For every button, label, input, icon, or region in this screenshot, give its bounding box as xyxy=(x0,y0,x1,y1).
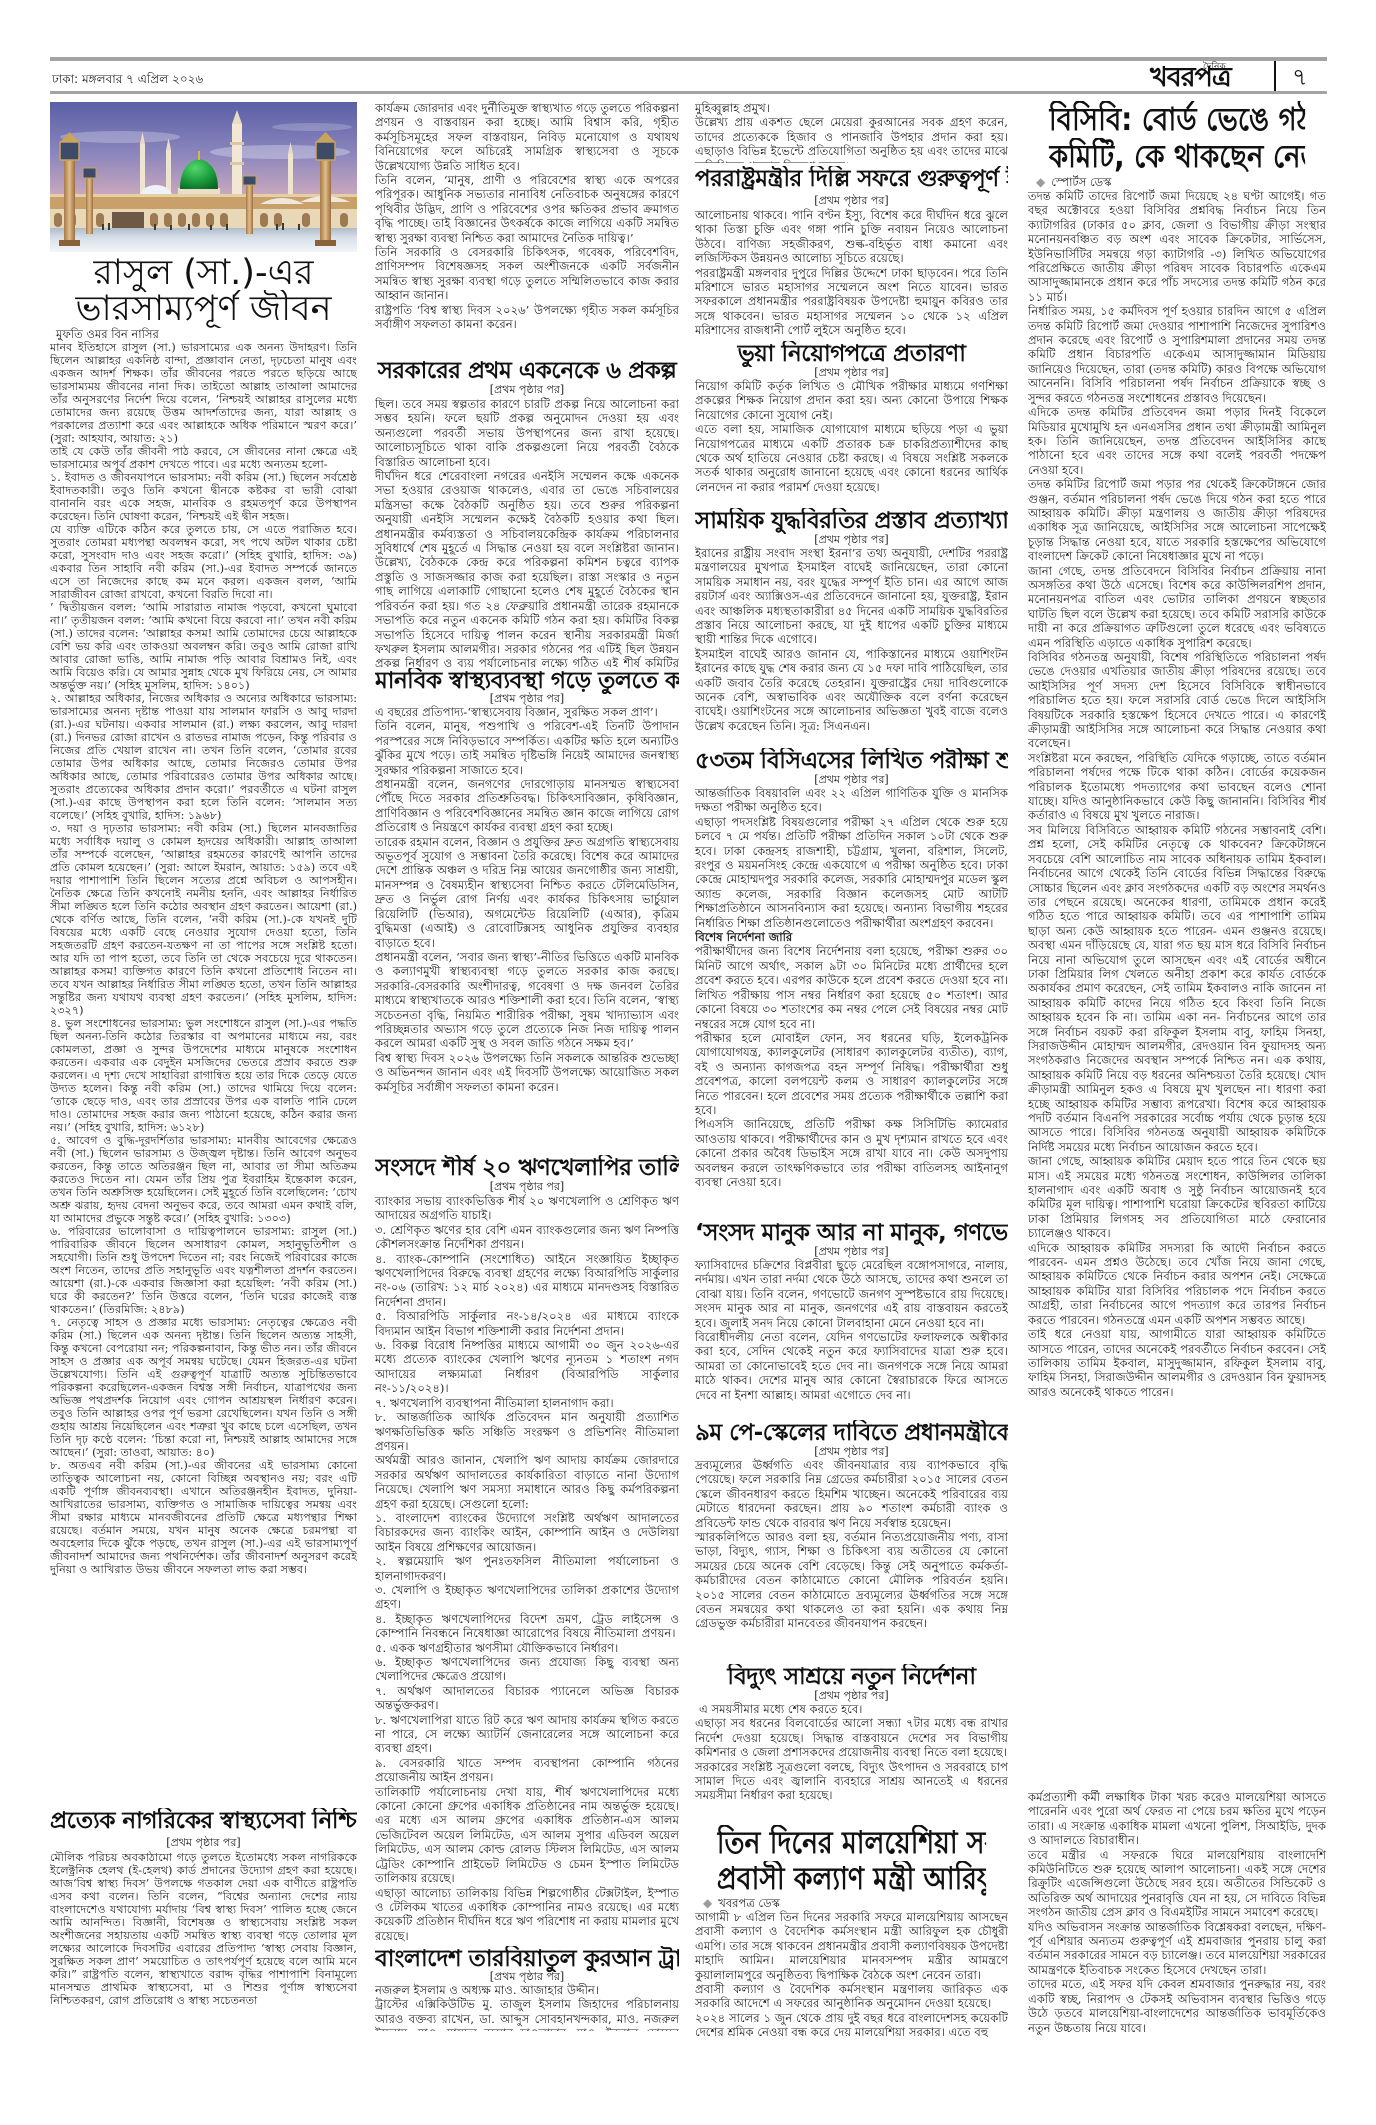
article-body: ব্যাংকার সভায় ব্যাংকভিত্তিক শীর্ষ ২০ ঋণ… xyxy=(375,1194,679,1944)
headline: বাংলাদেশ তারবিয়াতুল কুরআন ট্রাস্টের xyxy=(375,1946,679,1972)
column-1: রাসুল (সা.)-এর ভারসাম্যপূর্ণ জীবন মুফতি … xyxy=(50,0,357,2125)
paragraph: ফ্যাসিবাদের চক্রিশের বিপ্লবীরা ছুড়ে মের… xyxy=(695,1258,1008,1330)
continued-label: [প্রথম পৃষ্ঠার পর] xyxy=(375,1180,679,1193)
paragraph: তদন্ত কমিটির রিপোর্ট জমা পড়ার পর থেকেই … xyxy=(1028,477,1326,563)
paragraph: তাদের মতে, এই সফর যদি কেবল শ্রমবাজার পুন… xyxy=(1028,1977,1326,2035)
paragraph: অর্থমন্ত্রী আরও জানান, খেলাপি ঋণ আদায় ক… xyxy=(375,1453,679,1511)
headline: ৯ম পে-স্কেলের দাবিতে প্রধানমন্ত্রীকে xyxy=(695,1420,1008,1446)
list-item: ২. স্বল্পমেয়াদি ঋণ পুনঃতফসিল নীতিমালা প… xyxy=(375,1554,679,1583)
paragraph: যদিও অভিবাসন সংক্রান্ত আন্তর্জাতিক বিশ্ল… xyxy=(1028,1920,1326,1978)
list-item: ৬. ইচ্ছাকৃত ঋণখেলাপিদের জন্য প্রযোজ্য কি… xyxy=(375,1655,679,1684)
paragraph: ব্যাংকার সভায় ব্যাংকভিত্তিক শীর্ষ ২০ ঋণ… xyxy=(375,1194,679,1223)
section-subheading: বিশেষ নির্দেশনা জারি xyxy=(695,930,1008,944)
paragraph: সংশ্লিষ্টরা মনে করছেন, পরিস্থিতি যেদিকে … xyxy=(1028,751,1326,823)
paragraph: প্রধানমন্ত্রী বলেন, ‘সবার জন্য স্বাস্থ্য… xyxy=(375,950,679,1051)
paragraph: আগামী ৮ এপ্রিল তিন দিনের সরকারি সফরে মাল… xyxy=(695,1910,1008,1982)
headline: ভারসাম্যপূর্ণ জীবন xyxy=(50,290,357,328)
headline: তিন দিনের মালয়েশিয়া সফরে যাচ্ছেন xyxy=(717,1825,986,1862)
article-body: ছিল। তবে সময় স্বল্পতার কারণে চারটি প্রক… xyxy=(375,397,679,667)
paragraph: উল্লেখ্য প্রায় একশত ছেলে মেয়েরা কুরআনে… xyxy=(695,115,1008,163)
paragraph: ১. ইবাদত ও জীবনযাপনে ভারসাম্য: নবী করিম … xyxy=(50,471,357,523)
paragraph: নির্ধারিত সময়, ১৫ কর্মদিবস পূর্ণ হওয়ার… xyxy=(1028,304,1326,405)
article-body: দ্রব্যমূল্যের ঊর্ধ্বগতি এবং জীবনযাত্রার … xyxy=(695,1458,1008,1662)
paragraph: যে ব্যক্তি এটিকে কঠিন করে তুলতে চায়, সে… xyxy=(50,523,357,601)
continued-label: [প্রথম পৃষ্ঠার পর] xyxy=(50,1836,357,1850)
paragraph: তাই যে কেউ তাঁর জীবনী পাঠ করবে, সে জীবনে… xyxy=(50,445,357,471)
mosque-photo xyxy=(50,102,357,252)
list-item: ৮. আন্তর্জাতিক আর্থিক প্রতিবেদন মান অনুয… xyxy=(375,1410,679,1453)
article-body: ইরানের রাষ্ট্রীয় সংবাদ সংস্থা ইরনা’র তথ… xyxy=(695,546,1008,746)
paragraph: ৬. পরিবারের ভালোবাসা ও দায়িত্বপালনে ভার… xyxy=(50,1225,357,1316)
headline: বিসিবি: বোর্ড ভেঙে গঠন হচ্ছে আহ্বায়ক xyxy=(1049,101,1305,139)
paragraph: ৩. দয়া ও দৃঢ়তার ভারসাম্য: নবী করিম (সা… xyxy=(50,822,357,1017)
column-3: মুহিব্বুল্লাহ প্রমুখ। উল্লেখ্য প্রায় এক… xyxy=(695,0,1008,2125)
paragraph: রাষ্ট্রপতি ‘বিশ্ব স্বাস্থ্য দিবস ২০২৬’ উ… xyxy=(375,303,679,332)
continued-label: [প্রথম পৃষ্ঠার পর] xyxy=(375,383,679,396)
article-body: ফ্যাসিবাদের চক্রিশের বিপ্লবীরা ছুড়ে মের… xyxy=(695,1258,1008,1418)
paragraph: সব মিলিয়ে বিসিবিতে আহ্বায়ক কমিটি গঠনের… xyxy=(1028,823,1326,1154)
paragraph: ৭. নেতৃত্বে সাহস ও প্রজ্ঞার মধ্যে ভারসাম… xyxy=(50,1316,357,1459)
paragraph: ’ দ্বিতীয়জন বলল: ‘আমি সারারাত নামাজ পড়… xyxy=(50,601,357,692)
paragraph: দ্রব্যমূল্যের ঊর্ধ্বগতি এবং জীবনযাত্রার … xyxy=(695,1458,1008,1530)
list-item: ১. বাংলাদেশ ব্যাংকের উদ্যোগে সংশ্লিষ্ট অ… xyxy=(375,1511,679,1554)
article-body: এ বছরের প্রতিপাদ্য-‘স্বাস্থ্যসেবায় বিজ্… xyxy=(375,705,679,1153)
list-item: ৩. শ্রেণিকৃত ঋণের হার বেশি এমন ব্যাংকগুল… xyxy=(375,1223,679,1252)
headline: বিদ্যুৎ সাশ্রয়ে নতুন নির্দেশনা xyxy=(695,1664,1008,1690)
headline: ‘সংসদ মানুক আর না মানুক, গণভোটের xyxy=(695,1220,1008,1246)
article-body: মানব ইতিহাসে রাসুল (সা.) ভারসাম্যের এক অ… xyxy=(50,341,357,1806)
continued-label: [প্রথম পৃষ্ঠার পর] xyxy=(695,194,1008,207)
paragraph: কর্মপ্রত্যাশী কর্মী লক্ষাধিক টাকা খরচ কর… xyxy=(1028,1790,1326,1848)
continued-label: [প্রথম পৃষ্ঠার পর] xyxy=(375,1970,679,1983)
headline: ভুয়া নিয়োগপত্রে প্রতারণা xyxy=(695,341,1008,367)
article-body: এ সময়সীমার মধ্যে শেষ করতে হবে। এছাড়া স… xyxy=(695,1702,1008,1820)
article-body: মুহিব্বুল্লাহ প্রমুখ। উল্লেখ্য প্রায় এক… xyxy=(695,101,1008,163)
byline: মুফতি ওমর বিন নাসির xyxy=(50,327,357,341)
paragraph: প্রধানমন্ত্রী বলেন, জনগণের দোরগোড়ায় মা… xyxy=(375,777,679,835)
paragraph: ৪. ভুল সংশোধনের ভারসাম্য: ভুল সংশোধনে রা… xyxy=(50,1017,357,1134)
headline: পররাষ্ট্রমন্ত্রীর দিল্লি সফরে গুরুত্বপূর… xyxy=(695,166,1008,194)
paragraph: স্মারকলিপিতে আরও বলা হয়, বর্তমান নিত্যপ… xyxy=(695,1530,1008,1631)
article-body: নিয়োগ কমিটি কর্তৃক লিখিত ও মৌখিক পরীক্ষ… xyxy=(695,379,1008,507)
paragraph: তারেক রহমান বলেন, বিজ্ঞান ও প্রযুক্তির দ… xyxy=(375,835,679,950)
headline: কমিটি, কে থাকছেন নেতৃত্বে? xyxy=(1049,138,1305,176)
headline: সংসদে শীর্ষ ২০ ঋণখেলাপির তালিকা xyxy=(375,1155,679,1181)
article-body-continuation: কর্মপ্রত্যাশী কর্মী লক্ষাধিক টাকা খরচ কর… xyxy=(1028,1790,1326,2042)
paragraph: মানব ইতিহাসে রাসুল (সা.) ভারসাম্যের এক অ… xyxy=(50,341,357,445)
continued-label: [প্রথম পৃষ্ঠার পর] xyxy=(695,533,1008,546)
headline: সাময়িক যুদ্ধবিরতির প্রস্তাব প্রত্যাখ্যা… xyxy=(695,508,1008,534)
list-item: ৫. একক ঋণগ্রহীতার ঋণসীমা যৌক্তিকভাবে নির… xyxy=(375,1641,679,1655)
paragraph: তদন্ত কমিটি তাদের রিপোর্ট জমা দিয়েছে ২৪… xyxy=(1028,189,1326,304)
paragraph: আন্তর্জাতিক বিষয়াবলি এবং ২২ এপ্রিল গাণি… xyxy=(695,786,1008,815)
paragraph: তাই ধরে নেওয়া যায়, আগামীতে যারা আহ্বায… xyxy=(1028,1327,1326,1399)
byline-text: খবরপত্র ডেস্ক xyxy=(718,1896,780,1910)
mosque-illustration xyxy=(50,102,357,252)
paragraph: এদিকে তদন্ত কমিটির প্রতিবেদন জমা পড়ার দ… xyxy=(1028,405,1326,477)
list-item: ৭. অর্থঋণ আদালতের বিচারক প্যানেলে অভিজ্ঞ… xyxy=(375,1684,679,1713)
headline: প্রত্যেক নাগরিকের স্বাস্থ্যসেবা নিশ্চিত xyxy=(50,1808,357,1836)
paragraph: এছাড়া সব ধরনের বিলবোর্ডের আলো সন্ধ্যা ৭… xyxy=(695,1716,1008,1759)
paragraph: পরীক্ষার হলে মোবাইল ফোন, সব ধরনের ঘড়ি, … xyxy=(695,1031,1008,1117)
paragraph: ট্রাস্টের এক্সিকিউটিভ মু. তাজুল ইসলাম জি… xyxy=(375,1997,679,2031)
paragraph: সরকারের সংশ্লিষ্ট সূত্রগুলো বলছে, বিদ্যু… xyxy=(695,1760,1008,1803)
headline: সরকারের প্রথম একনেকে ৬ প্রকল্প xyxy=(375,358,679,384)
paragraph: এছাড়া পদসংশ্লিষ্ট বিষয়গুলোর পরীক্ষা ২৭… xyxy=(695,815,1008,930)
paragraph: তবে মন্ত্রীর এ সফরকে ঘিরে মালয়েশিয়ায় … xyxy=(1028,1848,1326,1920)
paragraph: এদিকে আহ্বায়ক কমিটির সদস্যরা কি আদৌ নির… xyxy=(1028,1241,1326,1327)
paragraph: তিনি সরকারি ও বেসরকারি চিকিৎসক, গবেষক, প… xyxy=(375,245,679,303)
paragraph: আলোচনায় থাকবে। পানি বণ্টন ইস্যু, বিশেষ … xyxy=(695,208,1008,266)
paragraph: বিশ্ব স্বাস্থ্য দিবস ২০২৬ উপলক্ষ্যে তিনি… xyxy=(375,1051,679,1094)
article-body: আলোচনায় থাকবে। পানি বণ্টন ইস্যু, বিশেষ … xyxy=(695,208,1008,339)
paragraph: ২০২৪ সালের ১ জুন থেকে প্রায় দুই বছর ধরে… xyxy=(695,2011,1008,2040)
continued-label: [প্রথম পৃষ্ঠার পর] xyxy=(375,692,679,705)
paragraph: মুহিব্বুল্লাহ প্রমুখ। xyxy=(695,101,1008,115)
article-body: আগামী ৮ এপ্রিল তিন দিনের সরকারি সফরে মাল… xyxy=(695,1910,1008,2066)
column-4: বিসিবি: বোর্ড ভেঙে গঠন হচ্ছে আহ্বায়ক কম… xyxy=(1028,0,1326,2125)
list-item: ৩. খেলাপি ও ইচ্ছাকৃত ঋণখেলাপিদের তালিকা … xyxy=(375,1583,679,1612)
continued-label: [প্রথম পৃষ্ঠার পর] xyxy=(695,366,1008,379)
paragraph: ছিল। তবে সময় স্বল্পতার কারণে চারটি প্রক… xyxy=(375,397,679,469)
paragraph: পরীক্ষার্থীদের জন্য বিশেষ নির্দেশনায় বল… xyxy=(695,944,1008,1030)
paragraph: মৌলিক পরিচয় অবকাঠামো গড়ে তুলতে ইতোমধ্য… xyxy=(50,1851,357,2007)
paragraph: এ বছরের প্রতিপাদ্য-‘স্বাস্থ্যসেবায় বিজ্… xyxy=(375,705,679,719)
paragraph: বিরোধীদলীয় নেতা বলেন, যেদিন গণভোটের ফলা… xyxy=(695,1330,1008,1402)
list-item: ৫. বিআরপিডি সার্কুলার নং-১৪/২০২৪ এর মাধ্… xyxy=(375,1309,679,1338)
paragraph: জানা গেছে, তদন্ত প্রতিবেদনে বিসিবির নির্… xyxy=(1028,564,1326,650)
paragraph: ৮. অতএব নবী করিম (সা.)-এর জীবনের এই ভারস… xyxy=(50,1459,357,1576)
list-item: ৬. বিকল্প বিরোধ নিষ্পত্তির মাধ্যমে আগামী… xyxy=(375,1338,679,1396)
list-item: ৪. ব্যাংক-কোম্পানি (সংশোধিত) আইনে সংজ্ঞা… xyxy=(375,1252,679,1310)
list-item: ৭. ঋণখেলাপি ব্যবস্থাপনা নীতিমালা হালনাগা… xyxy=(375,1396,679,1410)
paragraph: এছাড়া আলোচ্য তালিকায় বিভিন্ন শিল্পগোষ্… xyxy=(375,1886,679,1944)
continued-label: [প্রথম পৃষ্ঠার পর] xyxy=(695,773,1008,786)
list-item: ৪. ইচ্ছাকৃত ঋণখেলাপিদের বিদেশ ভ্রমণ, ট্র… xyxy=(375,1612,679,1641)
article-body: তদন্ত কমিটি তাদের রিপোর্ট জমা দিয়েছে ২৪… xyxy=(1028,189,1326,1780)
paragraph: প্রবাসী কল্যাণ ও বৈদেশিক কর্মসংস্থান মন্… xyxy=(695,1982,1008,2011)
paragraph: বিসিবির গঠনতন্ত্র অনুযায়ী, বিশেষ পরিস্থ… xyxy=(1028,650,1326,751)
paragraph: এ সময়সীমার মধ্যে শেষ করতে হবে। xyxy=(695,1702,1008,1716)
paragraph: জানা গেছে, আহ্বায়ক কমিটির মেয়াদ হতে পা… xyxy=(1028,1154,1326,1240)
continued-label: [প্রথম পৃষ্ঠার পর] xyxy=(695,1445,1008,1458)
headline: ৫৩তম বিসিএসের লিখিত পরীক্ষা শুরু xyxy=(695,748,1008,774)
diamond-bullet-icon: ◆ xyxy=(703,1896,712,1910)
paragraph: ইসমাইল বাঘেই আরও জানান যে, পাকিস্তানের ম… xyxy=(695,647,1008,733)
paragraph: পররাষ্ট্রমন্ত্রী মঙ্গলবার দুপুরে দিল্লির… xyxy=(695,266,1008,338)
continued-label: [প্রথম পৃষ্ঠার পর] xyxy=(695,1245,1008,1258)
article-body: মৌলিক পরিচয় অবকাঠামো গড়ে তুলতে ইতোমধ্য… xyxy=(50,1851,357,2037)
paragraph: পিএসসি জানিয়েছে, প্রতিটি পরীক্ষা কক্ষ স… xyxy=(695,1117,1008,1189)
diamond-bullet-icon: ◆ xyxy=(1036,175,1045,189)
headline: রাসুল (সা.)-এর xyxy=(50,254,357,292)
paragraph: নিয়োগ কমিটি কর্তৃক লিখিত ও মৌখিক পরীক্ষ… xyxy=(695,379,1008,422)
article-body: আন্তর্জাতিক বিষয়াবলি এবং ২২ এপ্রিল গাণি… xyxy=(695,786,1008,1218)
byline: ◆স্পোর্টস ডেস্ক xyxy=(1028,175,1326,189)
paragraph: ইরানের রাষ্ট্রীয় সংবাদ সংস্থা ইরনা’র তথ… xyxy=(695,546,1008,647)
article-body: কার্যক্রম জোরদার এবং দুর্নীতিমুক্ত স্বাস… xyxy=(375,101,679,356)
paragraph: তালিকাটি পর্যালোচনায় দেখা যায়, শীর্ষ ঋ… xyxy=(375,1785,679,1886)
column-2: কার্যক্রম জোরদার এবং দুর্নীতিমুক্ত স্বাস… xyxy=(375,0,679,2125)
paragraph: ২. আল্লাহর অধিকার, নিজের অধিকার ও অন্যের… xyxy=(50,692,357,822)
paragraph: দীর্ঘদিন ধরে শেরেবাংলা নগরের এনইসি সম্মে… xyxy=(375,469,679,667)
headline: প্রবাসী কল্যাণ মন্ত্রী আরিফুল হক চৌধুরী xyxy=(717,1861,986,1898)
paragraph: নজরুল ইসলাম ও অধ্যক্ষ মাও. আজাহার উদ্দীন… xyxy=(375,1983,679,1997)
headline: মানবিক স্বাস্থ্যব্যবস্থা গড়ে তুলতে কাজ xyxy=(375,668,679,694)
paragraph: তিনি বলেন, মানুষ, পশুপাখি ও পরিবেশ-এই তি… xyxy=(375,719,679,777)
list-item: ৮. ঋণখেলাপিরা যাতে রিট করে ঋণ আদায় কার্… xyxy=(375,1713,679,1756)
article-body: নজরুল ইসলাম ও অধ্যক্ষ মাও. আজাহার উদ্দীন… xyxy=(375,1983,679,2031)
list-item: ৯. বেসরকারি খাতে সম্পদ ব্যবস্থাপনা কোম্প… xyxy=(375,1756,679,1785)
paragraph: তিনি বলেন, ‘মানুষ, প্রাণী ও পরিবেশের স্ব… xyxy=(375,173,679,245)
paragraph: এতে বলা হয়, সামাজিক যোগাযোগ মাধ্যমে ছড়… xyxy=(695,422,1008,494)
paragraph: কার্যক্রম জোরদার এবং দুর্নীতিমুক্ত স্বাস… xyxy=(375,101,679,173)
byline-text: স্পোর্টস ডেস্ক xyxy=(1051,175,1111,189)
paragraph: ৫. আবেগ ও বুদ্ধি-দূরদর্শিতার ভারসাম্য: ম… xyxy=(50,1134,357,1225)
byline: ◆খবরপত্র ডেস্ক xyxy=(695,1896,1008,1910)
continued-label: [প্রথম পৃষ্ঠার পর] xyxy=(695,1689,1008,1702)
